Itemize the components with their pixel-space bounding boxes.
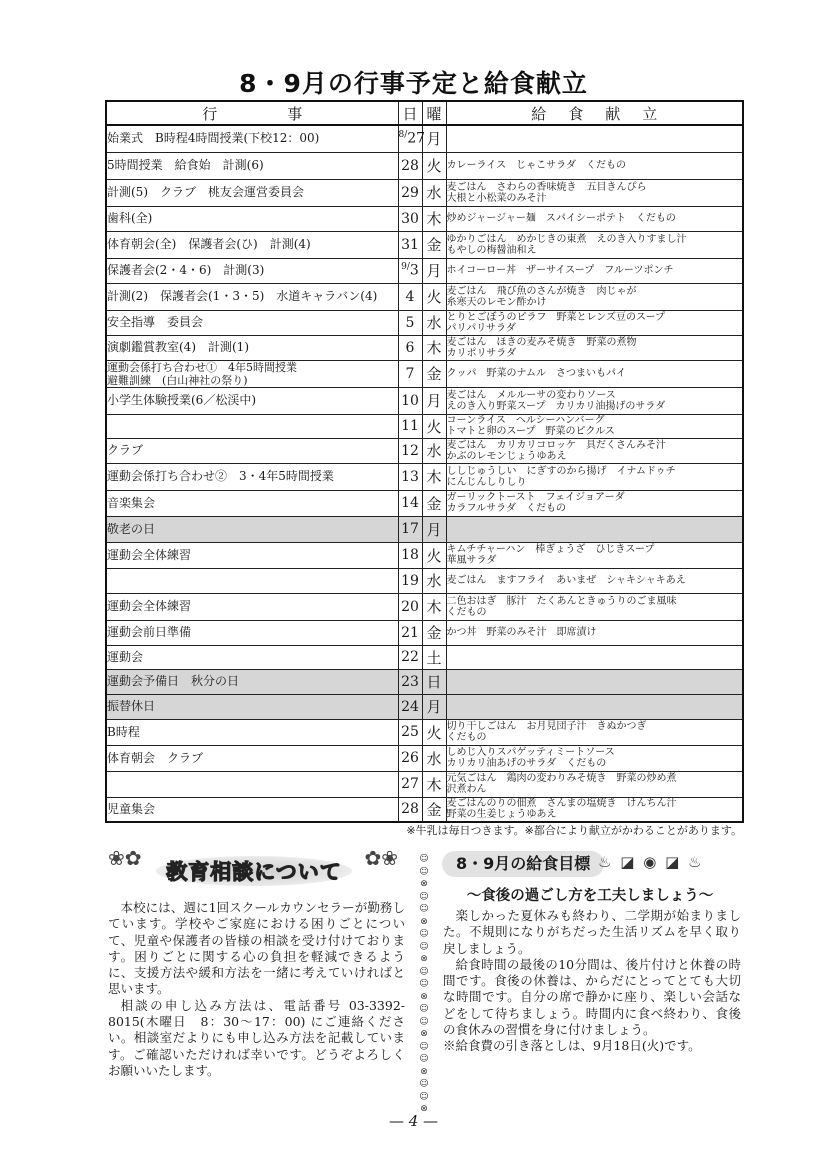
menu-line: 大根と小松菜のみそ汁 bbox=[447, 193, 743, 204]
weekday-cell: 金 bbox=[422, 490, 446, 516]
menu-line: 麦ごはん ほきの麦みそ焼き 野菜の煮物 bbox=[447, 337, 743, 348]
day-cell: 12 bbox=[398, 438, 422, 463]
menu-cell: とりとごぼうのピラフ 野菜とレンズ豆のスープパリパリサラダ bbox=[446, 310, 743, 335]
day-number: 29 bbox=[401, 185, 419, 201]
table-row: 運動会22土 bbox=[106, 645, 743, 669]
event-text: 敬老の日 bbox=[107, 523, 398, 536]
event-cell: 計測(2) 保護者会(1・3・5) 水道キャラバン(4) bbox=[106, 283, 398, 310]
flower-icon: ❀✿ bbox=[108, 848, 142, 868]
menu-line: カラフルサラダ くだもの bbox=[447, 503, 743, 514]
table-row: 音楽集会14金ガーリックトースト フェイジョアーダカラフルサラダ くだもの bbox=[106, 490, 743, 516]
menu-line: クッパ 野菜のナムル さつまいもパイ bbox=[447, 368, 743, 379]
page-number: — 4 — bbox=[0, 1112, 827, 1130]
table-row: B時程25火切り干しごはん お月見団子汁 きぬかつぎくだもの bbox=[106, 719, 743, 745]
table-row: 計測(5) クラブ 桃友会運営委員会29水麦ごはん さわらの香味焼き 五目きんぴ… bbox=[106, 179, 743, 206]
divider-glyph-icon: ⊗ bbox=[418, 953, 430, 966]
menu-cell: 炒めジャージャー麺 スパイシーポテト くだもの bbox=[446, 206, 743, 231]
divider-glyph-icon: ☺ bbox=[418, 928, 430, 941]
menu-cell: 麦ごはんのりの佃煮 さんまの塩焼き けんちん汁野菜の生姜じょうゆあえ bbox=[446, 797, 743, 822]
table-row: クラブ12水麦ごはん カリカリコロッケ 具だくさんみそ汁かぶのレモンじょうゆあえ bbox=[106, 438, 743, 463]
weekday-cell: 月 bbox=[422, 125, 446, 152]
event-text: 運動会全体練習 bbox=[107, 600, 398, 613]
divider-glyph-icon: ☺ bbox=[418, 1041, 430, 1054]
day-number: 3 bbox=[410, 263, 419, 279]
event-text: 歯科(全) bbox=[107, 212, 398, 225]
menu-line: ホイコーロー丼 ザーサイスープ フルーツポンチ bbox=[447, 265, 743, 276]
divider-glyph-icon: ☺ bbox=[418, 1091, 430, 1104]
day-number: 21 bbox=[401, 625, 419, 641]
event-cell: 安全指導 委員会 bbox=[106, 310, 398, 335]
table-row: 運動会係打ち合わせ② 3・4年5時間授業13木ししじゅうしい にぎすのから揚げ … bbox=[106, 463, 743, 490]
event-text: B時程 bbox=[107, 726, 398, 739]
weekday-cell: 火 bbox=[422, 283, 446, 310]
lunch-goal-paragraph: 楽しかった夏休みも終わり、二学期が始まりました。不規則になりがちだった生活リズム… bbox=[443, 908, 741, 957]
weekday-cell: 木 bbox=[422, 593, 446, 620]
table-row: 計測(2) 保護者会(1・3・5) 水道キャラバン(4)4火麦ごはん 飛び魚のさ… bbox=[106, 283, 743, 310]
menu-cell: ゆかりごはん めかじきの東煮 えのき入りすまし汁もやしの梅醤油和え bbox=[446, 231, 743, 258]
menu-cell: クッパ 野菜のナムル さつまいもパイ bbox=[446, 360, 743, 387]
event-cell: 運動会係打ち合わせ② 3・4年5時間授業 bbox=[106, 463, 398, 490]
event-cell: 運動会全体練習 bbox=[106, 542, 398, 568]
menu-line: 麦ごはん さわらの香味焼き 五目きんぴら bbox=[447, 182, 743, 193]
menu-line: とりとごぼうのピラフ 野菜とレンズ豆のスープ bbox=[447, 312, 743, 323]
event-cell bbox=[106, 568, 398, 593]
event-cell: 体育朝会 クラブ bbox=[106, 745, 398, 771]
table-row: 振替休日24月 bbox=[106, 694, 743, 719]
event-text: 計測(2) 保護者会(1・3・5) 水道キャラバン(4) bbox=[107, 290, 398, 303]
table-row: 小学生体験授業(6／松渓中)10月麦ごはん メルルーサの変わりソースえのき入り野… bbox=[106, 387, 743, 414]
consultation-paragraph: 本校には、週に1回スクールカウンセラーが勤務しています。学校やご家庭における困り… bbox=[108, 900, 405, 998]
menu-cell: しめじ入りスパゲッティミートソースカリカリ油あげのサラダ くだもの bbox=[446, 745, 743, 771]
event-text: クラブ bbox=[107, 444, 398, 457]
divider-glyph-icon: ☺ bbox=[418, 978, 430, 991]
weekday-cell: 月 bbox=[422, 694, 446, 719]
menu-line: 華風サラダ bbox=[447, 555, 743, 566]
lunch-goal-body: 楽しかった夏休みも終わり、二学期が始まりました。不規則になりがちだった生活リズム… bbox=[443, 908, 741, 1055]
day-number: 13 bbox=[401, 469, 419, 485]
day-number: 5 bbox=[406, 315, 415, 331]
event-text: 避難訓練 (白山神社の祭り) bbox=[107, 374, 398, 387]
day-cell: 6 bbox=[398, 335, 422, 360]
day-cell: 22 bbox=[398, 645, 422, 669]
menu-cell bbox=[446, 516, 743, 542]
consultation-paragraph: 相談の申し込み方法は、電話番号 03-3392-8015(木曜日 8：30～17… bbox=[108, 998, 405, 1079]
menu-cell bbox=[446, 669, 743, 694]
menu-line: カリカリ油あげのサラダ くだもの bbox=[447, 758, 743, 769]
event-cell: 運動会予備日 秋分の日 bbox=[106, 669, 398, 694]
menu-cell: 麦ごはん 飛び魚のさんが焼き 肉じゃが糸寒天のレモン酢かけ bbox=[446, 283, 743, 310]
weekday-cell: 水 bbox=[422, 179, 446, 206]
day-number: 19 bbox=[401, 573, 419, 589]
month-label: 9/ bbox=[401, 262, 410, 272]
day-number: 26 bbox=[401, 750, 419, 766]
weekday-cell: 金 bbox=[422, 360, 446, 387]
weekday-cell: 木 bbox=[422, 206, 446, 231]
day-number: 28 bbox=[401, 158, 419, 174]
consultation-heading: 教育相談について bbox=[148, 856, 360, 886]
table-row: 運動会全体練習18火キムチチャーハン 棒ぎょうざ ひじきスープ華風サラダ bbox=[106, 542, 743, 568]
weekday-cell: 木 bbox=[422, 771, 446, 797]
menu-cell: 麦ごはん ほきの麦みそ焼き 野菜の煮物カリポリサラダ bbox=[446, 335, 743, 360]
event-cell: 5時間授業 給食始 計測(6) bbox=[106, 152, 398, 179]
menu-line: 麦ごはん 飛び魚のさんが焼き 肉じゃが bbox=[447, 286, 743, 297]
page-title: 8・9月の行事予定と給食献立 bbox=[0, 64, 827, 100]
day-cell: 11 bbox=[398, 414, 422, 438]
menu-line: えのき入り野菜スープ カリカリ油揚げのサラダ bbox=[447, 401, 743, 412]
day-number: 11 bbox=[401, 418, 419, 434]
day-cell: 29 bbox=[398, 179, 422, 206]
event-text: 計測(5) クラブ 桃友会運営委員会 bbox=[107, 186, 398, 199]
event-text: 運動会予備日 秋分の日 bbox=[107, 675, 398, 688]
weekday-cell: 水 bbox=[422, 568, 446, 593]
event-text: 体育朝会 クラブ bbox=[107, 752, 398, 765]
event-text: 運動会全体練習 bbox=[107, 549, 398, 562]
divider-glyph-icon: ☺ bbox=[418, 1016, 430, 1029]
weekday-cell: 土 bbox=[422, 645, 446, 669]
table-row: 27木元気ごはん 鶏肉の変わりみそ焼き 野菜の炒め煮沢煮わん bbox=[106, 771, 743, 797]
decorative-divider: ☺☺⊗☺☺⊗☺☺⊗☺☺⊗☺☺⊗☺☺⊗☺☺⊗ bbox=[418, 853, 430, 1116]
divider-glyph-icon: ☺ bbox=[418, 1053, 430, 1066]
menu-line: 麦ごはん ますフライ あいまぜ シャキシャキあえ bbox=[447, 575, 743, 586]
menu-line: 二色おはぎ 豚汁 たくあんときゅうりのごま風味 bbox=[447, 596, 743, 607]
day-cell: 18 bbox=[398, 542, 422, 568]
bread-icon: ◪ bbox=[620, 853, 636, 871]
day-number: 12 bbox=[401, 443, 419, 459]
day-cell: 28 bbox=[398, 152, 422, 179]
divider-glyph-icon: ⊗ bbox=[418, 1028, 430, 1041]
day-cell: 23 bbox=[398, 669, 422, 694]
event-text: 運動会 bbox=[107, 651, 398, 664]
header-menu: 給食献立 bbox=[446, 101, 743, 125]
menu-line: かつ丼 野菜のみそ汁 即席漬け bbox=[447, 627, 743, 638]
event-cell: 運動会前日準備 bbox=[106, 620, 398, 645]
event-text: 音楽集会 bbox=[107, 497, 398, 510]
day-cell: 21 bbox=[398, 620, 422, 645]
menu-line: 元気ごはん 鶏肉の変わりみそ焼き 野菜の炒め煮 bbox=[447, 773, 743, 784]
table-row: 運動会前日準備21金かつ丼 野菜のみそ汁 即席漬け bbox=[106, 620, 743, 645]
day-cell: 13 bbox=[398, 463, 422, 490]
weekday-cell: 火 bbox=[422, 542, 446, 568]
day-cell: 27 bbox=[398, 771, 422, 797]
menu-line: パリパリサラダ bbox=[447, 323, 743, 334]
weekday-cell: 月 bbox=[422, 258, 446, 283]
menu-cell: コーンライス ヘルシーハンバーグトマトと卵のスープ 野菜のピクルス bbox=[446, 414, 743, 438]
table-row: 運動会予備日 秋分の日23日 bbox=[106, 669, 743, 694]
table-row: 始業式 B時程4時間授業(下校12：00)8/27月 bbox=[106, 125, 743, 152]
menu-line: 麦ごはんのりの佃煮 さんまの塩焼き けんちん汁 bbox=[447, 798, 743, 809]
fried-egg-icon: ◉ bbox=[643, 853, 658, 871]
day-number: 31 bbox=[401, 237, 419, 253]
lunch-fee-note: ※給食費の引き落としは、9月18日(火)です。 bbox=[443, 1038, 741, 1054]
weekday-cell: 火 bbox=[422, 152, 446, 179]
event-cell: 運動会全体練習 bbox=[106, 593, 398, 620]
event-text: 安全指導 委員会 bbox=[107, 316, 398, 329]
table-row: 運動会係打ち合わせ① 4年5時間授業避難訓練 (白山神社の祭り)7金クッパ 野菜… bbox=[106, 360, 743, 387]
menu-line: 炒めジャージャー麺 スパイシーポテト くだもの bbox=[447, 213, 743, 224]
weekday-cell: 金 bbox=[422, 797, 446, 822]
day-number: 14 bbox=[401, 495, 419, 511]
event-text: 児童集会 bbox=[107, 803, 398, 816]
menu-line: 糸寒天のレモン酢かけ bbox=[447, 297, 743, 308]
weekday-cell: 日 bbox=[422, 669, 446, 694]
weekday-cell: 火 bbox=[422, 719, 446, 745]
day-number: 7 bbox=[406, 366, 415, 382]
weekday-cell: 金 bbox=[422, 620, 446, 645]
event-text: 振替休日 bbox=[107, 700, 398, 713]
event-cell bbox=[106, 771, 398, 797]
event-cell: 歯科(全) bbox=[106, 206, 398, 231]
menu-line: コーンライス ヘルシーハンバーグ bbox=[447, 415, 743, 426]
menu-line: キムチチャーハン 棒ぎょうざ ひじきスープ bbox=[447, 544, 743, 555]
menu-cell: 麦ごはん さわらの香味焼き 五目きんぴら大根と小松菜のみそ汁 bbox=[446, 179, 743, 206]
menu-line: カレーライス じゃこサラダ くだもの bbox=[447, 160, 743, 171]
bread-icon: ◪ bbox=[665, 853, 681, 871]
menu-line: にんじんしりしり bbox=[447, 477, 743, 488]
event-cell: クラブ bbox=[106, 438, 398, 463]
day-number: 6 bbox=[406, 340, 415, 356]
menu-cell: 麦ごはん メルルーサの変わりソースえのき入り野菜スープ カリカリ油揚げのサラダ bbox=[446, 387, 743, 414]
menu-cell: 麦ごはん ますフライ あいまぜ シャキシャキあえ bbox=[446, 568, 743, 593]
event-cell: 計測(5) クラブ 桃友会運営委員会 bbox=[106, 179, 398, 206]
divider-glyph-icon: ⊗ bbox=[418, 1066, 430, 1079]
consultation-heading-banner: ❀✿ 教育相談について ✿❀ bbox=[108, 848, 398, 892]
menu-cell: 麦ごはん カリカリコロッケ 具だくさんみそ汁かぶのレモンじょうゆあえ bbox=[446, 438, 743, 463]
event-text: 5時間授業 給食始 計測(6) bbox=[107, 159, 398, 172]
weekday-cell: 水 bbox=[422, 745, 446, 771]
day-cell: 19 bbox=[398, 568, 422, 593]
event-cell: 音楽集会 bbox=[106, 490, 398, 516]
day-number: 30 bbox=[401, 211, 419, 227]
menu-line: 野菜の生姜じょうゆあえ bbox=[447, 809, 743, 820]
event-cell: 振替休日 bbox=[106, 694, 398, 719]
weekday-cell: 金 bbox=[422, 231, 446, 258]
event-cell: B時程 bbox=[106, 719, 398, 745]
table-row: 歯科(全)30木炒めジャージャー麺 スパイシーポテト くだもの bbox=[106, 206, 743, 231]
menu-cell bbox=[446, 694, 743, 719]
menu-cell: 切り干しごはん お月見団子汁 きぬかつぎくだもの bbox=[446, 719, 743, 745]
menu-line: もやしの梅醤油和え bbox=[447, 245, 743, 256]
divider-glyph-icon: ☺ bbox=[418, 966, 430, 979]
divider-glyph-icon: ☺ bbox=[418, 891, 430, 904]
day-cell: 25 bbox=[398, 719, 422, 745]
weekday-cell: 水 bbox=[422, 310, 446, 335]
table-row: 19水麦ごはん ますフライ あいまぜ シャキシャキあえ bbox=[106, 568, 743, 593]
menu-cell: ししじゅうしい にぎすのから揚げ イナムドゥチにんじんしりしり bbox=[446, 463, 743, 490]
day-number: 18 bbox=[401, 547, 419, 563]
day-number: 27 bbox=[407, 131, 425, 147]
curry-plate-icon: ♨ bbox=[598, 853, 613, 871]
day-cell: 28 bbox=[398, 797, 422, 822]
lunch-goal-paragraph: 給食時間の最後の10分間は、後片付けと休養の時間です。食後の休養は、からだにとっ… bbox=[443, 957, 741, 1038]
event-cell: 小学生体験授業(6／松渓中) bbox=[106, 387, 398, 414]
menu-line: 切り干しごはん お月見団子汁 きぬかつぎ bbox=[447, 721, 743, 732]
divider-glyph-icon: ☺ bbox=[418, 941, 430, 954]
divider-glyph-icon: ☺ bbox=[418, 1003, 430, 1016]
weekday-cell: 月 bbox=[422, 516, 446, 542]
menu-cell: 二色おはぎ 豚汁 たくあんときゅうりのごま風味くだもの bbox=[446, 593, 743, 620]
menu-line: ガーリックトースト フェイジョアーダ bbox=[447, 492, 743, 503]
event-text: 保護者会(2・4・6) 計測(3) bbox=[107, 264, 398, 277]
menu-cell: ガーリックトースト フェイジョアーダカラフルサラダ くだもの bbox=[446, 490, 743, 516]
menu-cell: かつ丼 野菜のみそ汁 即席漬け bbox=[446, 620, 743, 645]
menu-cell: 元気ごはん 鶏肉の変わりみそ焼き 野菜の炒め煮沢煮わん bbox=[446, 771, 743, 797]
day-cell: 30 bbox=[398, 206, 422, 231]
day-number: 4 bbox=[406, 289, 415, 305]
lunch-goal-title: 8・9月の給食目標 bbox=[442, 851, 604, 877]
lunch-goal-heading: 8・9月の給食目標 ♨ ◪ ◉ ◪ ♨ bbox=[440, 851, 740, 881]
header-weekday: 曜 bbox=[422, 101, 446, 125]
day-cell: 20 bbox=[398, 593, 422, 620]
weekday-cell: 水 bbox=[422, 438, 446, 463]
menu-line: しめじ入りスパゲッティミートソース bbox=[447, 747, 743, 758]
table-row: 保護者会(2・4・6) 計測(3)9/3月ホイコーロー丼 ザーサイスープ フルー… bbox=[106, 258, 743, 283]
table-row: 運動会全体練習20木二色おはぎ 豚汁 たくあんときゅうりのごま風味くだもの bbox=[106, 593, 743, 620]
flower-icon: ✿❀ bbox=[364, 848, 398, 868]
table-row: 児童集会28金麦ごはんのりの佃煮 さんまの塩焼き けんちん汁野菜の生姜じょうゆあ… bbox=[106, 797, 743, 822]
day-cell: 31 bbox=[398, 231, 422, 258]
event-text: 演劇鑑賞教室(4) 計測(1) bbox=[107, 341, 398, 354]
event-text: 運動会係打ち合わせ② 3・4年5時間授業 bbox=[107, 470, 398, 483]
event-text: 運動会前日準備 bbox=[107, 626, 398, 639]
table-row: 安全指導 委員会5水とりとごぼうのピラフ 野菜とレンズ豆のスープパリパリサラダ bbox=[106, 310, 743, 335]
divider-glyph-icon: ⊗ bbox=[418, 991, 430, 1004]
day-cell: 5 bbox=[398, 310, 422, 335]
event-text: 始業式 B時程4時間授業(下校12：00) bbox=[107, 132, 398, 145]
day-number: 28 bbox=[401, 801, 419, 817]
day-cell: 24 bbox=[398, 694, 422, 719]
table-footnote: ※牛乳は毎日つきます。※都合により献立がかわることがあります。 bbox=[406, 822, 742, 838]
menu-cell bbox=[446, 125, 743, 152]
day-number: 17 bbox=[401, 521, 419, 537]
divider-glyph-icon: ☺ bbox=[418, 853, 430, 866]
day-cell: 17 bbox=[398, 516, 422, 542]
event-cell: 運動会 bbox=[106, 645, 398, 669]
event-cell: 敬老の日 bbox=[106, 516, 398, 542]
weekday-cell: 月 bbox=[422, 387, 446, 414]
menu-line: ししじゅうしい にぎすのから揚げ イナムドゥチ bbox=[447, 466, 743, 477]
menu-line: かぶのレモンじょうゆあえ bbox=[447, 451, 743, 462]
menu-line: トマトと卵のスープ 野菜のピクルス bbox=[447, 426, 743, 437]
day-number: 27 bbox=[401, 776, 419, 792]
table-row: 5時間授業 給食始 計測(6)28火カレーライス じゃこサラダ くだもの bbox=[106, 152, 743, 179]
divider-glyph-icon: ☺ bbox=[418, 1078, 430, 1091]
table-row: 体育朝会 クラブ26水しめじ入りスパゲッティミートソースカリカリ油あげのサラダ … bbox=[106, 745, 743, 771]
day-cell: 4 bbox=[398, 283, 422, 310]
schedule-table: 行事 日 曜 給食献立 始業式 B時程4時間授業(下校12：00)8/27月5時… bbox=[105, 100, 744, 823]
menu-line: 沢煮わん bbox=[447, 784, 743, 795]
table-row: 敬老の日17月 bbox=[106, 516, 743, 542]
menu-cell: キムチチャーハン 棒ぎょうざ ひじきスープ華風サラダ bbox=[446, 542, 743, 568]
weekday-cell: 火 bbox=[422, 414, 446, 438]
day-cell: 26 bbox=[398, 745, 422, 771]
menu-line: くだもの bbox=[447, 607, 743, 618]
table-header-row: 行事 日 曜 給食献立 bbox=[106, 101, 743, 125]
day-number: 10 bbox=[401, 393, 419, 409]
day-cell: 8/27 bbox=[398, 125, 422, 152]
divider-glyph-icon: ☺ bbox=[418, 903, 430, 916]
event-text: 体育朝会(全) 保護者会(ひ) 計測(4) bbox=[107, 238, 398, 251]
divider-glyph-icon: ☺ bbox=[418, 866, 430, 879]
event-cell: 保護者会(2・4・6) 計測(3) bbox=[106, 258, 398, 283]
menu-line: くだもの bbox=[447, 732, 743, 743]
menu-line: ゆかりごはん めかじきの東煮 えのき入りすまし汁 bbox=[447, 234, 743, 245]
event-cell: 体育朝会(全) 保護者会(ひ) 計測(4) bbox=[106, 231, 398, 258]
event-text: 小学生体験授業(6／松渓中) bbox=[107, 394, 398, 407]
weekday-cell: 木 bbox=[422, 463, 446, 490]
header-events: 行事 bbox=[106, 101, 398, 125]
event-text: 運動会係打ち合わせ① 4年5時間授業 bbox=[107, 361, 398, 374]
day-cell: 9/3 bbox=[398, 258, 422, 283]
day-cell: 7 bbox=[398, 360, 422, 387]
curry-plate-icon: ♨ bbox=[688, 853, 703, 871]
day-cell: 14 bbox=[398, 490, 422, 516]
day-cell: 10 bbox=[398, 387, 422, 414]
lunch-goal-subtitle: ～食後の過ごし方を工夫しましょう～ bbox=[440, 884, 740, 905]
event-cell: 演劇鑑賞教室(4) 計測(1) bbox=[106, 335, 398, 360]
menu-line: 麦ごはん カリカリコロッケ 具だくさんみそ汁 bbox=[447, 440, 743, 451]
day-number: 23 bbox=[401, 674, 419, 690]
food-icons: ♨ ◪ ◉ ◪ ♨ bbox=[598, 853, 704, 871]
menu-cell: カレーライス じゃこサラダ くだもの bbox=[446, 152, 743, 179]
event-cell: 児童集会 bbox=[106, 797, 398, 822]
divider-glyph-icon: ⊗ bbox=[418, 878, 430, 891]
day-number: 20 bbox=[401, 599, 419, 615]
weekday-cell: 木 bbox=[422, 335, 446, 360]
menu-line: 麦ごはん メルルーサの変わりソース bbox=[447, 390, 743, 401]
month-label: 8/ bbox=[399, 130, 408, 140]
day-number: 22 bbox=[401, 649, 419, 665]
event-cell: 始業式 B時程4時間授業(下校12：00) bbox=[106, 125, 398, 152]
table-row: 体育朝会(全) 保護者会(ひ) 計測(4)31金ゆかりごはん めかじきの東煮 え… bbox=[106, 231, 743, 258]
day-number: 25 bbox=[401, 724, 419, 740]
menu-cell: ホイコーロー丼 ザーサイスープ フルーツポンチ bbox=[446, 258, 743, 283]
consultation-body: 本校には、週に1回スクールカウンセラーが勤務しています。学校やご家庭における困り… bbox=[108, 900, 405, 1079]
divider-glyph-icon: ⊗ bbox=[418, 916, 430, 929]
menu-cell bbox=[446, 645, 743, 669]
event-cell bbox=[106, 414, 398, 438]
day-number: 24 bbox=[401, 699, 419, 715]
table-row: 演劇鑑賞教室(4) 計測(1)6木麦ごはん ほきの麦みそ焼き 野菜の煮物カリポリ… bbox=[106, 335, 743, 360]
event-cell: 運動会係打ち合わせ① 4年5時間授業避難訓練 (白山神社の祭り) bbox=[106, 360, 398, 387]
table-row: 11火コーンライス ヘルシーハンバーグトマトと卵のスープ 野菜のピクルス bbox=[106, 414, 743, 438]
header-day: 日 bbox=[398, 101, 422, 125]
menu-line: カリポリサラダ bbox=[447, 348, 743, 359]
